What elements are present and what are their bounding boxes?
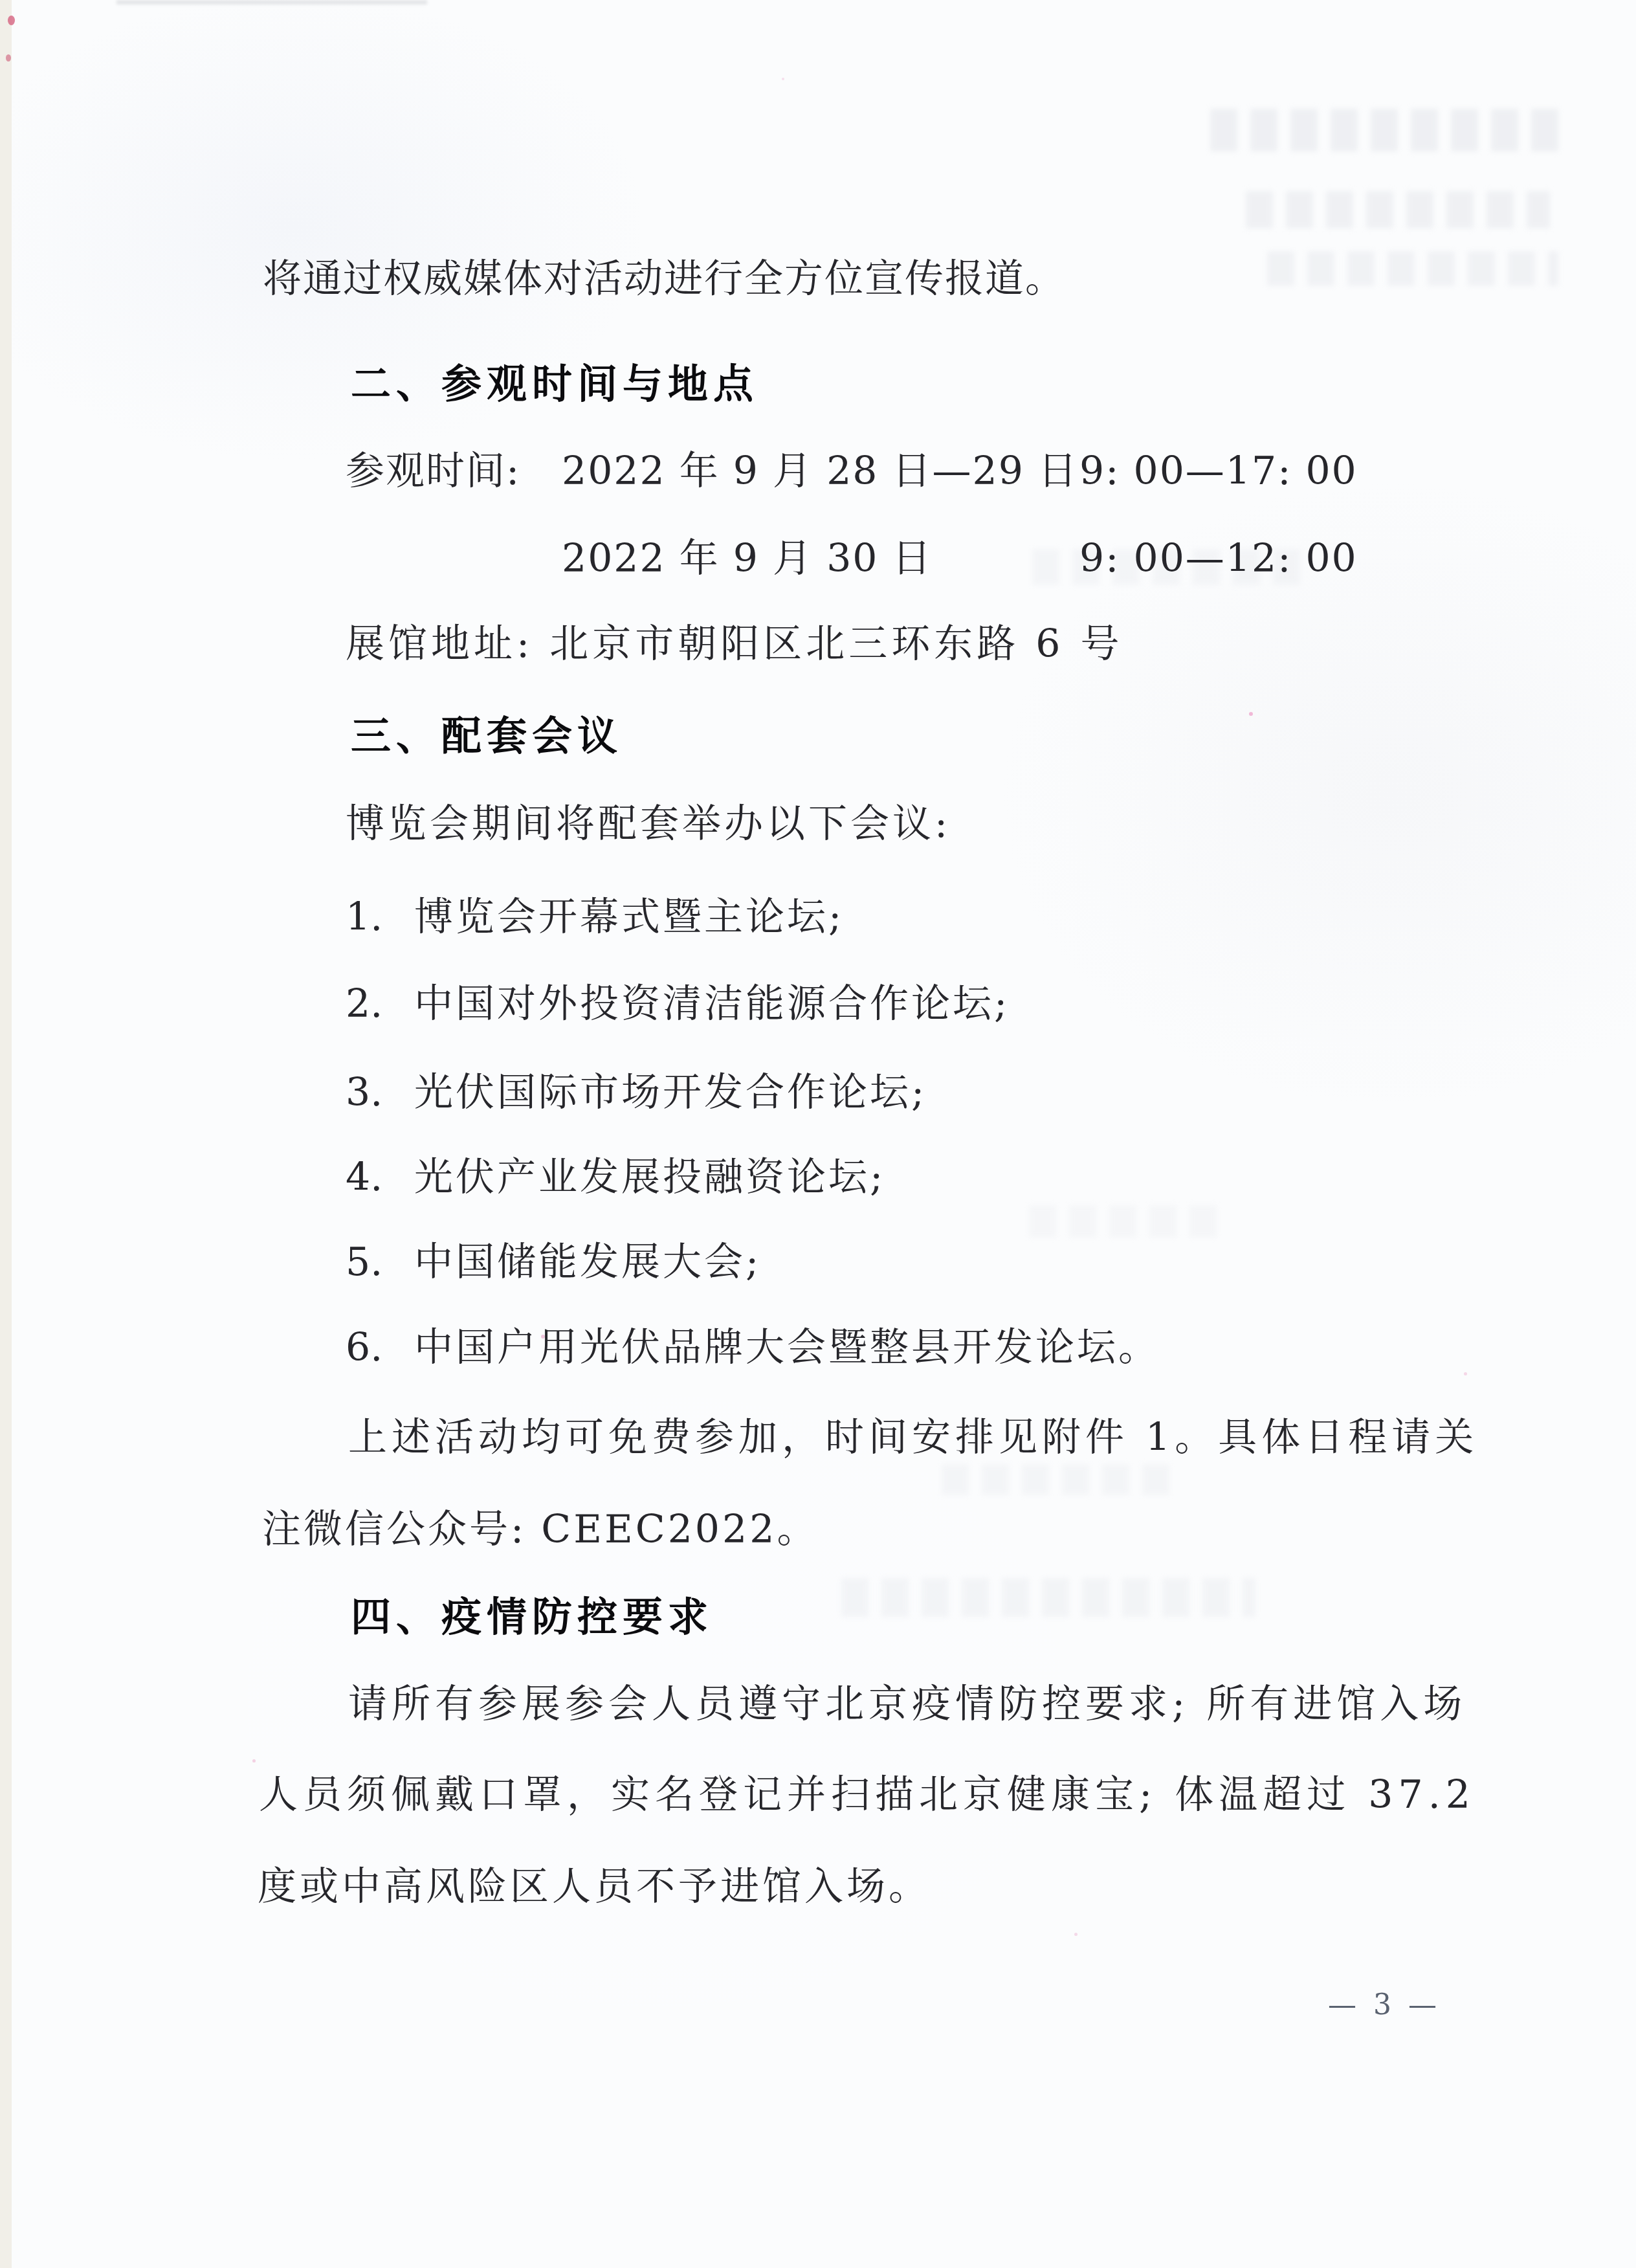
covid-requirement-line-3: 度或中高风险区人员不予进馆入场。: [258, 1865, 931, 1909]
intro-paragraph-line: 将通过权威媒体对活动进行全方位宣传报道。: [263, 258, 1065, 301]
free-participation-note-line-2: 注微信公众号: CEEC2022。: [262, 1508, 818, 1551]
list-item-number: 3.: [346, 1071, 382, 1115]
list-item-text: 中国户用光伏品牌大会暨整县开发论坛。: [414, 1326, 1160, 1370]
visit-time-hours-2: 9: 00—12: 00: [1079, 537, 1358, 581]
list-item-text: 博览会开幕式暨主论坛;: [414, 896, 844, 939]
scan-speck: [252, 1759, 256, 1762]
visit-time-date-2: 2022 年 9 月 30 日: [562, 537, 933, 581]
free-participation-note-line-1: 上述活动均可免费参加，时间安排见附件 1。具体日程请关: [348, 1416, 1478, 1460]
venue-address-line: 展馆地址: 北京市朝阳区北三环东路 6 号: [346, 623, 1123, 666]
scan-smudge: [116, 0, 427, 5]
page-edge-strip: [0, 0, 12, 2268]
page-number: — 3 —: [1328, 1988, 1441, 2021]
list-item-number: 2.: [346, 983, 382, 1026]
list-item-number: 1.: [346, 896, 382, 939]
visit-time-date-1: 2022 年 9 月 28 日—29 日: [562, 450, 1078, 493]
covid-requirement-line-2: 人员须佩戴口罩，实名登记并扫描北京健康宝; 体温超过 37.2: [259, 1773, 1476, 1817]
list-item-text: 光伏国际市场开发合作论坛;: [414, 1071, 927, 1115]
list-item-number: 6.: [346, 1326, 382, 1370]
conference-list-intro: 博览会期间将配套举办以下会议:: [346, 803, 951, 846]
list-item-number: 5.: [346, 1241, 382, 1284]
list-item-text: 光伏产业发展投融资论坛;: [414, 1156, 885, 1199]
bleed-through-artifact: [1210, 109, 1560, 151]
list-item-text: 中国对外投资清洁能源合作论坛;: [414, 983, 1010, 1026]
scan-speck: [782, 78, 784, 80]
scanned-document-page: 将通过权威媒体对活动进行全方位宣传报道。 二、参观时间与地点 参观时间: 202…: [0, 0, 1636, 2268]
bleed-through-artifact: [841, 1578, 1255, 1617]
section-heading-visit-time-location: 二、参观时间与地点: [351, 362, 758, 406]
covid-requirement-line-1: 请所有参展参会人员遵守北京疫情防控要求; 所有进馆入场: [348, 1683, 1466, 1726]
scan-speck: [1464, 1372, 1467, 1375]
bleed-through-artifact: [1267, 251, 1558, 286]
scan-speck: [1074, 1933, 1078, 1936]
visit-time-label: 参观时间:: [346, 450, 520, 493]
section-heading-covid-requirements: 四、疫情防控要求: [351, 1595, 713, 1640]
scan-speck: [6, 54, 11, 61]
scan-speck: [1249, 712, 1253, 716]
bleed-through-artifact: [1246, 191, 1550, 228]
visit-time-hours-1: 9: 00—17: 00: [1079, 450, 1358, 493]
list-item-text: 中国储能发展大会;: [414, 1241, 761, 1284]
bleed-through-artifact: [942, 1464, 1175, 1495]
section-heading-supporting-conferences: 三、配套会议: [351, 715, 623, 759]
list-item-number: 4.: [346, 1156, 382, 1199]
bleed-through-artifact: [1029, 1205, 1223, 1238]
scan-speck: [8, 16, 15, 25]
